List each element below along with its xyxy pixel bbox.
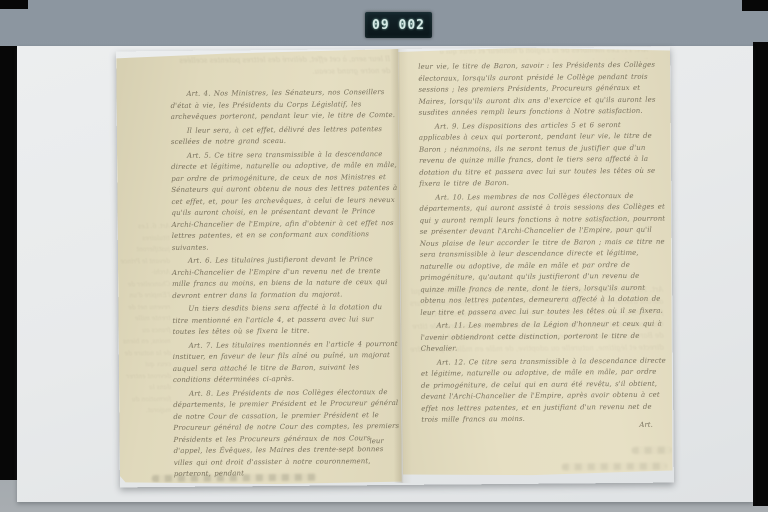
article-6: Art. 6. Les titulaires justifieront deva… — [172, 254, 398, 302]
article-4: Art. 4. Nos Ministres, les Sénateurs, no… — [170, 87, 396, 123]
article-5: Art. 5. Ce titre sera transmissible à la… — [171, 148, 398, 253]
manuscript-spread: Il leur sera, à cet effet, délivré des l… — [116, 47, 674, 488]
film-edge-right — [753, 42, 768, 506]
pencil-notation — [562, 463, 667, 471]
article-6-cont: Un tiers desdits biens sera affecté à la… — [172, 302, 398, 338]
article-7: Art. 7. Les titulaires mentionnés en l'a… — [173, 338, 399, 386]
article-10: Art. 10. Les membres de nos Collèges éle… — [419, 190, 666, 319]
left-page-text: Art. 4. Nos Ministres, les Sénateurs, no… — [170, 87, 399, 482]
pencil-notation — [632, 447, 672, 454]
article-9: Art. 9. Les dispositions des articles 5 … — [419, 119, 666, 190]
catchword: leur — [369, 437, 383, 445]
frame-counter: 09 002 — [365, 12, 432, 38]
pencil-notation — [152, 474, 317, 482]
photograph-of-manuscript: 09 002 Il leur sera, à cet effet, délivr… — [0, 0, 768, 512]
manuscript-page-left: Il leur sera, à cet effet, délivré des l… — [116, 49, 402, 485]
catchword: Art. — [639, 421, 653, 429]
ink-bleedthrough: Il leur sera, à cet effet, délivré des l… — [174, 54, 390, 82]
manuscript-page-right: Art. 11. Les membres de la Légion d'honn… — [398, 47, 674, 478]
article-8: Art. 8. Les Présidents de nos Collèges é… — [173, 386, 400, 480]
film-edge-corner-top-left — [0, 0, 28, 9]
ink-bleedthrough: Art. 6. Les titulaires justifieront deva… — [120, 221, 172, 431]
article-8-cont: leur vie, le titre de Baron, savoir : le… — [418, 60, 664, 120]
ink-bleedthrough: Art. 11. Les membres de la Légion d'honn… — [428, 47, 648, 61]
article-11: Art. 11. Les membres de la Légion d'honn… — [420, 319, 666, 356]
article-4-cont: Il leur sera, à cet effet, délivré des l… — [171, 123, 397, 148]
article-12: Art. 12. Ce titre sera transmissible à l… — [421, 355, 668, 426]
right-page-text: leur vie, le titre de Baron, savoir : le… — [418, 60, 667, 429]
film-edge-corner-top-right — [742, 0, 768, 11]
film-edge-left — [0, 46, 17, 480]
counter-display: 09 002 — [372, 17, 425, 33]
